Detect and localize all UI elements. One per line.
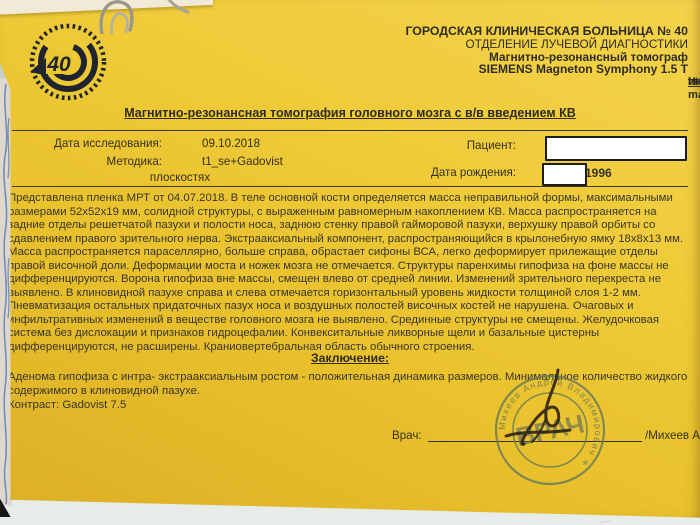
svg-text:40: 40 <box>46 53 71 76</box>
contrast-line: Контраст: Gadovist 7.5 <box>8 399 126 411</box>
signature-icon <box>486 368 616 478</box>
patient-label: Пациент: <box>360 139 516 152</box>
method-value-cont: плоскостях <box>60 171 300 184</box>
underlying-paper-edge <box>0 78 12 506</box>
device-model: SIEMENS Magneton Symphony 1.5 T <box>258 63 688 76</box>
birth-date-label: Дата рождения: <box>360 166 516 179</box>
divider-top <box>12 130 688 131</box>
blue-handwriting-icon <box>0 78 12 506</box>
report-title: Магнитно-резонансная томография головног… <box>0 106 700 120</box>
hospital-name: ГОРОДСКАЯ КЛИНИЧЕСКАЯ БОЛЬНИЦА № 40 <box>258 25 688 38</box>
birth-year: 1996 <box>585 166 612 180</box>
doctor-label: Врач: <box>392 429 422 442</box>
findings-text: Представлена пленка МРТ от 04.07.2018. В… <box>8 192 694 355</box>
letterhead: ГОРОДСКАЯ КЛИНИЧЕСКАЯ БОЛЬНИЦА № 40 ОТДЕ… <box>258 25 688 76</box>
paperclip-icon <box>88 0 203 34</box>
email-address: tsoriev@gkb40.ur.ru <box>688 76 700 89</box>
method-label: Методика: <box>10 155 162 168</box>
study-date-value: 09.10.2018 <box>202 137 260 150</box>
photo-of-report: ﹏ 40 ГОРОДСКАЯ КЛИНИЧЕСКАЯ БОЛЬНИЦА № 40… <box>0 0 700 525</box>
report-page: 40 ГОРОДСКАЯ КЛИНИЧЕСКАЯ БОЛЬНИЦА № 40 О… <box>0 0 700 525</box>
divider-bottom <box>12 186 688 187</box>
doctor-name: /Михеев А.В <box>645 429 700 442</box>
conclusion-heading: Заключение: <box>0 351 700 365</box>
method-value: t1_se+Gadovist <box>202 155 283 168</box>
department-name: ОТДЕЛЕНИЕ ЛУЧЕВОЙ ДИАГНОСТИКИ <box>258 38 688 51</box>
birth-date-redaction-box <box>542 163 587 186</box>
patient-redaction-box <box>545 136 687 161</box>
study-date-label: Дата исследования: <box>10 137 162 150</box>
